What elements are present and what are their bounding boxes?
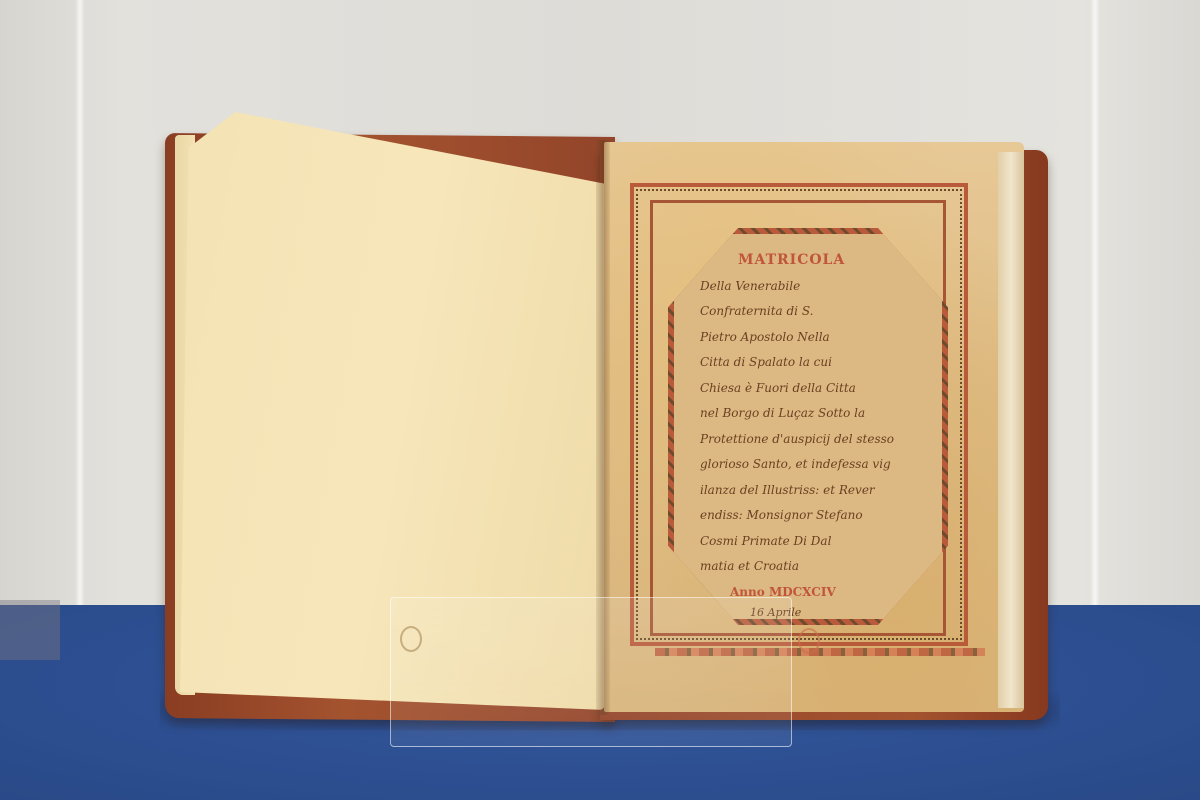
manuscript-title-text: MATRICOLA Della Venerabile Confraternita… [700,248,930,621]
manuscript-line: glorioso Santo, et indefessa vig [700,452,930,478]
manuscript-line: Protettione d'auspicij del stesso [700,427,930,453]
manuscript-line: ilanza del Illustriss: et Rever [700,478,930,504]
manuscript-line: Della Venerabile [700,274,930,300]
stand-hole-right [798,628,820,654]
open-manuscript-book: MATRICOLA Della Venerabile Confraternita… [0,0,1200,800]
right-page-stack-edge [998,152,1024,708]
manuscript-line: Pietro Apostolo Nella [700,325,930,351]
stand-hole-left [400,626,422,652]
manuscript-line: endiss: Monsignor Stefano [700,503,930,529]
manuscript-title: MATRICOLA [700,248,930,274]
manuscript-line: Chiesa è Fuori della Citta [700,376,930,402]
acrylic-book-stand [390,597,792,747]
manuscript-line: matia et Croatia [700,554,930,580]
manuscript-line: Citta di Spalato la cui [700,350,930,376]
manuscript-line: Cosmi Primate Di Dal [700,529,930,555]
manuscript-line: nel Borgo di Luçaz Sotto la [700,401,930,427]
manuscript-line: Confraternita di S. [700,299,930,325]
